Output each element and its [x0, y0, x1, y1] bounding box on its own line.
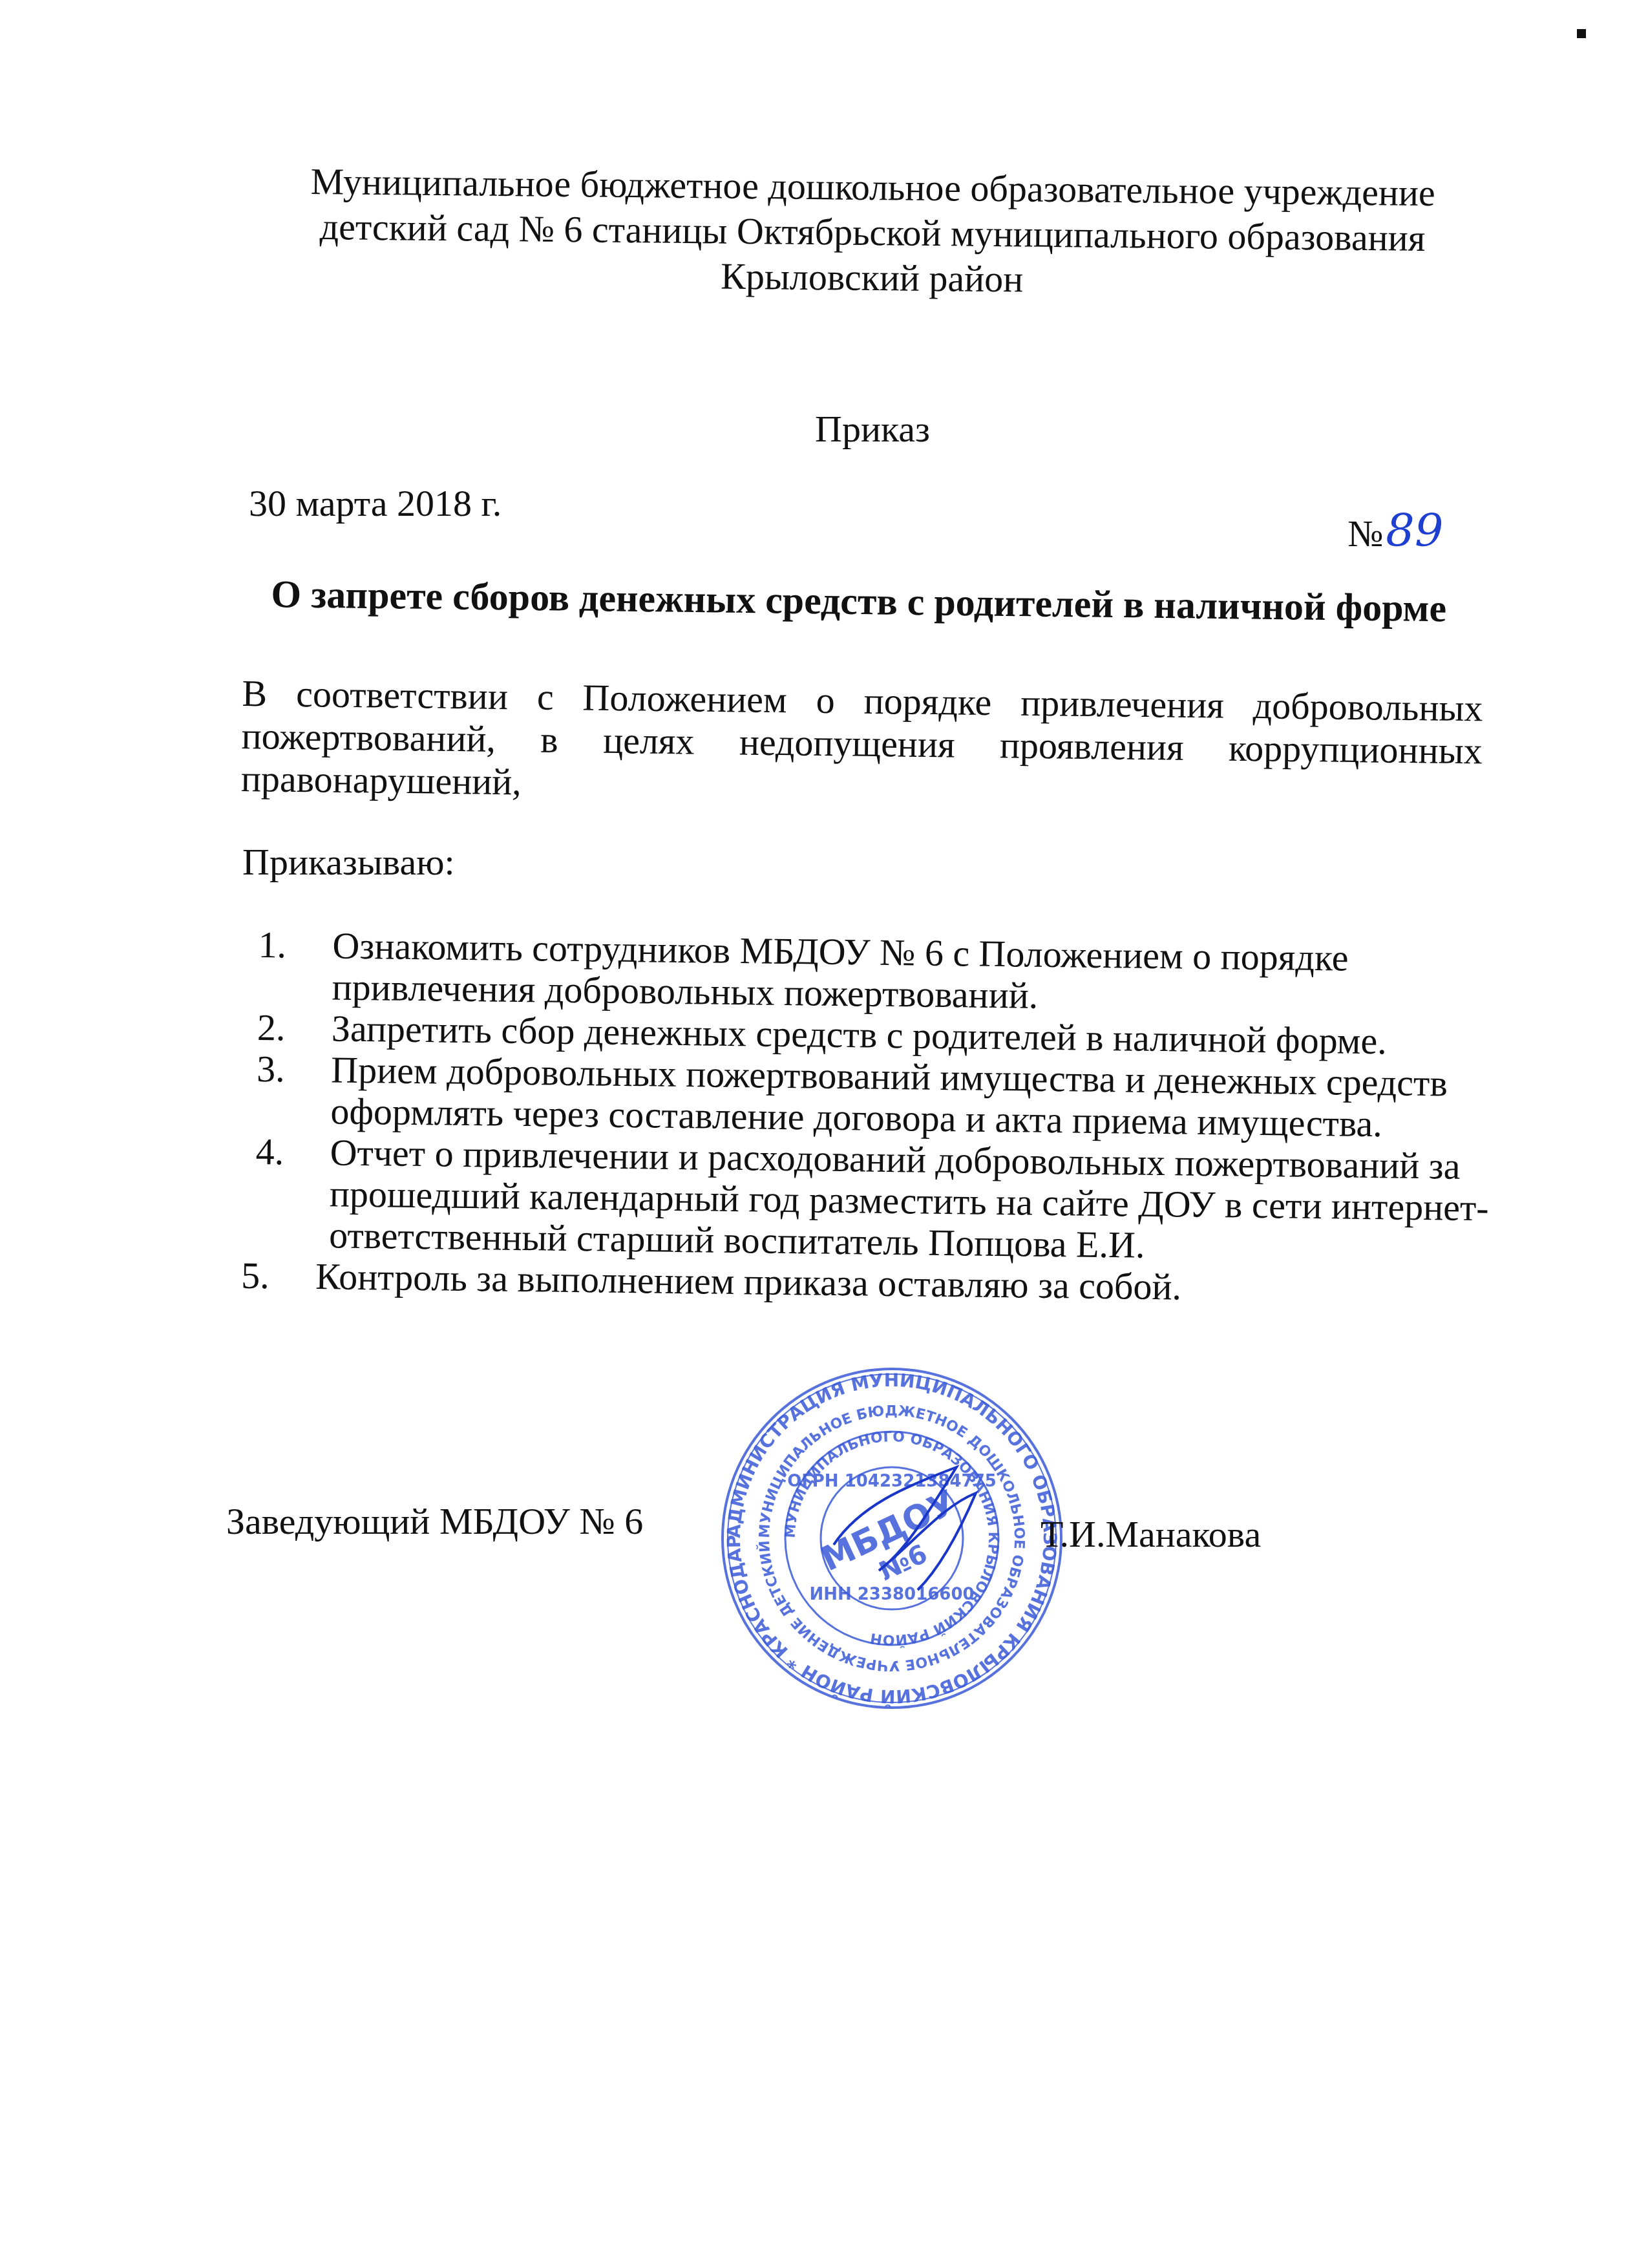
stamp-seal-icon: АДМИНИСТРАЦИЯ МУНИЦИПАЛЬНОГО ОБРАЗОВАНИЯ…: [711, 1357, 1073, 1719]
list-item: 3.Прием добровольных пожертвований имуще…: [256, 1048, 1517, 1147]
official-stamp: АДМИНИСТРАЦИЯ МУНИЦИПАЛЬНОГО ОБРАЗОВАНИЯ…: [711, 1357, 1073, 1719]
organization-header: Муниципальное бюджетное дошкольное образ…: [258, 158, 1487, 307]
signer-name: Т.И.Манакова: [1041, 1512, 1261, 1556]
svg-text:ИНН 2338016600: ИНН 2338016600: [809, 1585, 974, 1604]
number-prefix: №: [1347, 513, 1383, 555]
document-date: 30 марта 2018 г.: [249, 482, 502, 525]
scan-speck: [1577, 29, 1586, 38]
list-item: 1.Ознакомить сотрудников МБДОУ № 6 с Пол…: [257, 924, 1518, 1023]
document-type: Приказ: [743, 407, 1002, 450]
handwritten-number: 89: [1386, 504, 1443, 557]
order-heading: Приказываю:: [242, 840, 455, 884]
signer-role: Заведующий МБДОУ № 6: [226, 1500, 643, 1543]
svg-text:ОГРН 1042321384775: ОГРН 1042321384775: [787, 1472, 997, 1491]
preamble-paragraph: В соответствии с Положением о порядке пр…: [241, 672, 1483, 815]
order-items-list: 1.Ознакомить сотрудников МБДОУ № 6 с Пол…: [254, 924, 1519, 1312]
document-subject: О запрете сборов денежных средств с роди…: [271, 572, 1499, 631]
document-number: №89: [1347, 504, 1443, 557]
list-item: 4.Отчет о привлечении и расходований доб…: [255, 1131, 1516, 1271]
